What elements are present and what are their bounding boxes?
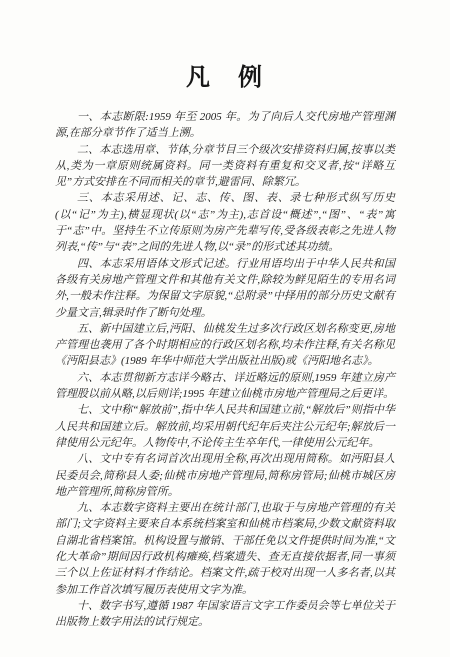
paragraph-1: 一、本志断限:1959 年至 2005 年。为了向后人交代房地产管理渊源,在部分… [55, 109, 395, 142]
paragraph-5: 五、新中国建立后,沔阳、仙桃发生过多次行政区划名称变更,房地产管理也袭用了各个时… [55, 321, 395, 370]
paragraph-9: 九、本志数字资料主要出在统计部门,也取于与房地产管理的有关部门;文字资料主要来自… [55, 500, 395, 598]
paragraph-2: 二、本志选用章、节体,分章节目三个级次安排资料归属,按事以类从,类为一章原则统属… [55, 142, 395, 191]
document-body: 一、本志断限:1959 年至 2005 年。为了向后人交代房地产管理渊源,在部分… [55, 109, 395, 631]
page-title: 凡 例 [0, 64, 450, 92]
paragraph-3: 三、本志采用述、记、志、传、图、表、录七种形式纵写历史(以“记”为主),横显现状… [55, 190, 395, 255]
paragraph-6: 六、本志贯彻新方志详今略古、详近略远的原则,1959 年建立房产管理股以前从略,… [55, 370, 395, 403]
paragraph-8: 八、文中专有名词首次出现用全称,再次出现用简称。如沔阳县人民委员会,简称县人委;… [55, 451, 395, 500]
book-page: 凡 例 一、本志断限:1959 年至 2005 年。为了向后人交代房地产管理渊源… [0, 0, 450, 657]
paragraph-10: 十、数字书写,遵循 1987 年国家语言文字工作委员会等七单位关于出版物上数字用… [55, 598, 395, 631]
paragraph-4: 四、本志采用语体文形式记述。行业用语均出于中华人民共和国各级有关房地产管理文件和… [55, 256, 395, 321]
paragraph-7: 七、文中称“解放前”,指中华人民共和国建立前,“解放后”则指中华人民共和国建立后… [55, 402, 395, 451]
